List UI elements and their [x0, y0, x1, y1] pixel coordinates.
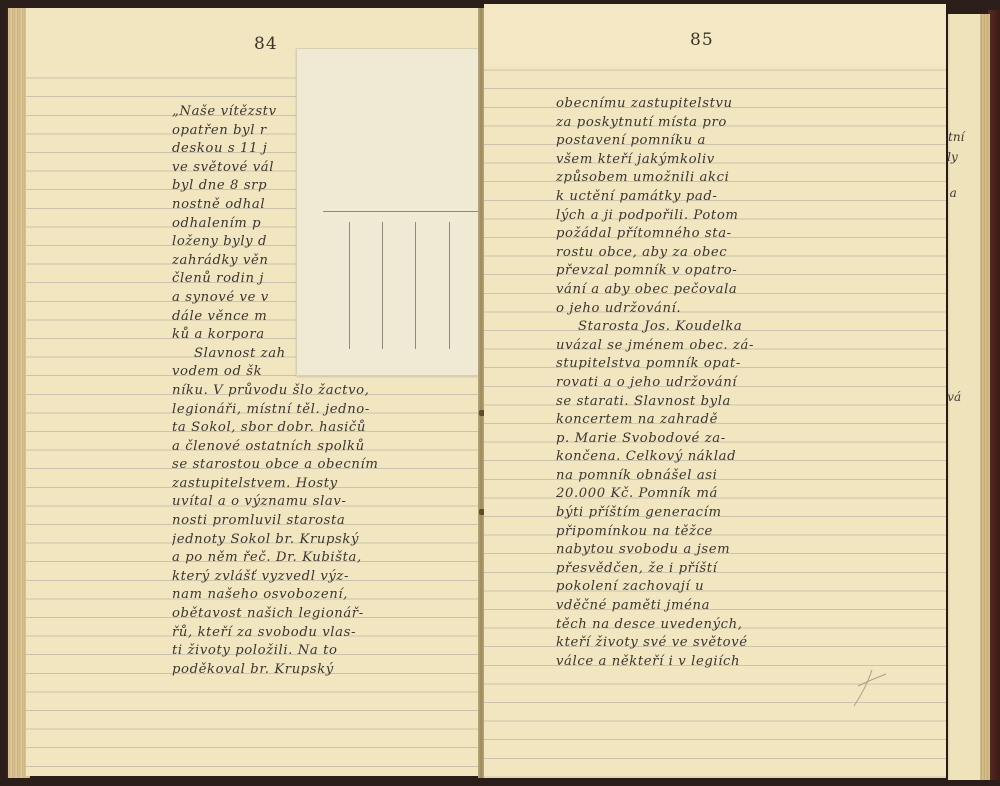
- page-number-right: 85: [690, 30, 714, 50]
- text-line: lých a ji podpořili. Potom: [556, 207, 846, 226]
- text-line: a členové ostatních spolků: [172, 438, 472, 457]
- text-line: jednoty Sokol br. Krupský: [172, 531, 472, 550]
- postcard-divider-line: [323, 211, 481, 212]
- text-line: nam našeho osvobození,: [172, 586, 472, 605]
- text-line: koncertem na zahradě: [556, 411, 846, 430]
- text-line: vděčné paměti jména: [556, 597, 846, 616]
- text-line: Starosta Jos. Koudelka: [556, 318, 846, 337]
- text-line: převzal pomník v opatro-: [556, 262, 846, 281]
- text-line: býti příštím generacím: [556, 504, 846, 523]
- text-line: k uctění památky pad-: [556, 188, 846, 207]
- text-line: postavení pomníku a: [556, 132, 846, 151]
- text-line: nosti promluvil starosta: [172, 512, 472, 531]
- text-line: legionáři, místní těl. jedno-: [172, 401, 472, 420]
- text-line: 20.000 Kč. Pomník má: [556, 485, 846, 504]
- text-line: nabytou svobodu a jsem: [556, 541, 846, 560]
- text-line: rostu obce, aby za obec: [556, 244, 846, 263]
- text-line: připomínkou na těžce: [556, 523, 846, 542]
- pencil-mark-icon: [848, 668, 888, 708]
- text-line: stupitelstva pomník opat-: [556, 355, 846, 374]
- text-line: přesvědčen, že i příští: [556, 560, 846, 579]
- text-line: způsobem umožnili akci: [556, 169, 846, 188]
- postcard-address-rule: [349, 222, 350, 349]
- text-line: a po něm řeč. Dr. Kubišta,: [172, 549, 472, 568]
- text-line: za poskytnutí místa pro: [556, 114, 846, 133]
- inserted-postcard[interactable]: [296, 48, 482, 376]
- postcard-address-rule: [449, 222, 450, 349]
- text-line: vání a aby obec pečovala: [556, 281, 846, 300]
- right-page-stack-edges: [980, 14, 990, 780]
- text-line: na pomník obnášel asi: [556, 467, 846, 486]
- text-line: končena. Celkový náklad: [556, 448, 846, 467]
- text-line: uvítal a o významu slav-: [172, 493, 472, 512]
- text-line: poděkoval br. Krupský: [172, 661, 472, 680]
- text-line: rovati a o jeho udržování: [556, 374, 846, 393]
- text-line: zastupitelstvem. Hosty: [172, 475, 472, 494]
- text-line: válce a někteří i v legiích: [556, 653, 846, 672]
- text-line: který zvlášť vyzvedl výz-: [172, 568, 472, 587]
- text-line: všem kteří jakýmkoliv: [556, 151, 846, 170]
- right-page-handwriting: obecnímu zastupitelstvu za poskytnutí mí…: [556, 95, 846, 671]
- text-line: se starostou obce a obecním: [172, 456, 472, 475]
- text-line: níku. V průvodu šlo žactvo,: [172, 382, 472, 401]
- postcard-address-rule: [382, 222, 383, 349]
- text-line: se starati. Slavnost byla: [556, 393, 846, 412]
- text-line: ti životy položili. Na to: [172, 642, 472, 661]
- text-line: o jeho udržování.: [556, 300, 846, 319]
- text-line: p. Marie Svobodové za-: [556, 430, 846, 449]
- text-line: těch na desce uvedených,: [556, 616, 846, 635]
- text-line: uvázal se jménem obec. zá-: [556, 337, 846, 356]
- text-line: ta Sokol, sbor dobr. hasičů: [172, 419, 472, 438]
- text-line: obětavost našich legionář-: [172, 605, 472, 624]
- text-line: řů, kteří za svobodu vlas-: [172, 624, 472, 643]
- postcard-address-rule: [415, 222, 416, 349]
- page-number-left: 84: [254, 34, 278, 54]
- text-line: požádal přítomného sta-: [556, 225, 846, 244]
- text-line: pokolení zachovají u: [556, 578, 846, 597]
- text-line: kteří životy své ve světové: [556, 634, 846, 653]
- text-line: obecnímu zastupitelstvu: [556, 95, 846, 114]
